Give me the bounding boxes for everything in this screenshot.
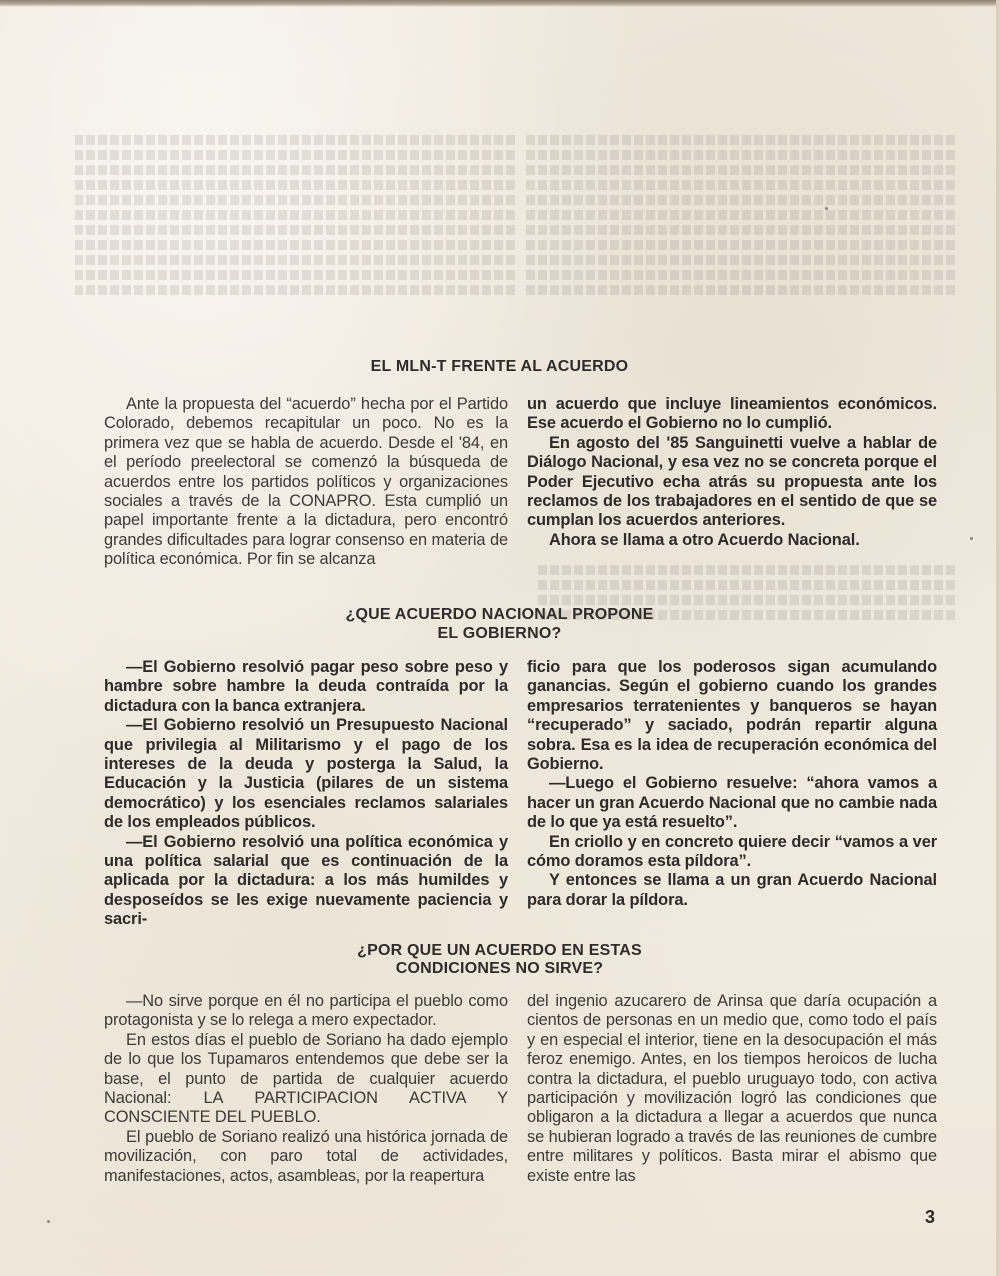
section-3-right-column: del ingenio azucarero de Arinsa que darí… (527, 992, 937, 1186)
paragraph: —El Gobierno resolvió pagar peso sobre p… (104, 658, 508, 716)
dust-speck (970, 537, 973, 540)
paragraph: Ante la propuesta del “acuerdo” hecha po… (104, 395, 508, 570)
paragraph: Y entonces se llama a un gran Acuerdo Na… (527, 871, 937, 910)
section-heading-por-que-line1: ¿POR QUE UN ACUERDO EN ESTAS (0, 941, 999, 960)
paragraph: —El Gobierno resolvió un Presupuesto Nac… (104, 716, 508, 832)
paragraph-text: Ante la propuesta del “acuerdo” hecha po… (104, 395, 508, 568)
section-2-right-column: ficio para que los poderosos sigan acumu… (527, 658, 937, 910)
dust-speck (47, 1220, 50, 1223)
section-1-right-column: un acuerdo que incluye lineamientos econ… (527, 395, 937, 550)
paragraph: Ahora se llama a otro Acuerdo Nacional. (527, 531, 937, 550)
paragraph: En estos días el pueblo de Soriano ha da… (104, 1031, 508, 1128)
section-heading-que-acuerdo-line2: EL GOBIERNO? (0, 624, 999, 643)
paragraph: del ingenio azucarero de Arinsa que darí… (527, 992, 937, 1186)
section-3-left-column: —No sirve porque en él no participa el p… (104, 992, 508, 1186)
show-through-texture-left (75, 130, 515, 355)
paragraph: —Luego el Gobierno resuelve: “ahora vamo… (527, 774, 937, 832)
paragraph: un acuerdo que incluye lineamientos econ… (527, 395, 937, 434)
section-heading-que-acuerdo-line1: ¿QUE ACUERDO NACIONAL PROPONE (0, 605, 999, 624)
dust-speck (825, 207, 828, 210)
show-through-texture-right (525, 130, 955, 355)
paragraph: —El Gobierno resolvió una política econó… (104, 833, 508, 930)
section-heading-por-que-line2: CONDICIONES NO SIRVE? (0, 959, 999, 978)
page-number: 3 (925, 1207, 935, 1228)
section-2-left-column: —El Gobierno resolvió pagar peso sobre p… (104, 658, 508, 930)
paragraph: ficio para que los poderosos sigan acumu… (527, 658, 937, 774)
paragraph: —No sirve porque en él no participa el p… (104, 992, 508, 1031)
section-heading-mln-t: EL MLN-T FRENTE AL ACUERDO (0, 357, 999, 376)
paragraph: En agosto del '85 Sanguinetti vuelve a h… (527, 434, 937, 531)
paragraph: En criollo y en concreto quiere decir “v… (527, 833, 937, 872)
paragraph: El pueblo de Soriano realizó una históri… (104, 1128, 508, 1186)
page-top-edge (0, 0, 999, 7)
section-1-left-column: Ante la propuesta del “acuerdo” hecha po… (104, 395, 508, 570)
